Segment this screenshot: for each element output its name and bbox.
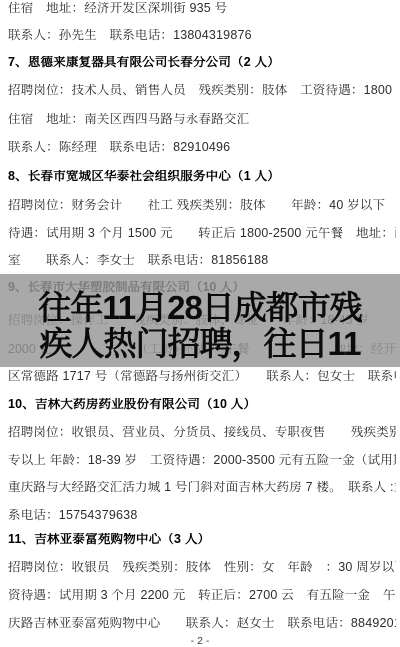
text-line-contact: 室 联系人：李女士 联系电话：81856188 (8, 254, 396, 267)
text-line-address: 住宿 地址：南关区西四马路与永春路交汇 (8, 113, 396, 126)
text-line-contact: 联系人：陈经理 联系电话：82910496 (8, 141, 396, 154)
text-line-job-detail: 招聘岗位：财务会计 社工 残疾类别：肢体 年龄：40 岁以下 学历：大专以上 工… (8, 199, 396, 212)
text-line-job-detail: 招聘岗位：收银员、营业员、分货员、接线员、专职夜售 残疾类别：肢体 学历：中 (8, 426, 396, 439)
page-number: - 2 - (0, 635, 400, 647)
caption-title-line1: 往年11月28日成都市残 (0, 290, 400, 326)
text-line-address: 区常德路 1717 号（常德路与扬州街交汇） 联系人：包女士 联系电话：1594… (8, 370, 396, 383)
text-line-contact: 系电话：15754379638 (8, 509, 396, 522)
company-heading-7: 7、恩德来康复器具有限公司长春分公司（2 人） (8, 56, 396, 69)
text-line-contact: 联系人：孙先生 联系电话：13804319876 (8, 29, 396, 42)
text-line-contact: 庆路吉林亚泰富苑购物中心 联系人：赵女士 联系电话：88492010 (8, 617, 396, 630)
text-line-job-detail: 专以上 年龄：18-39 岁 工资待遇：2000-3500 元有五险一金（试用期… (8, 454, 396, 467)
document-page: 住宿 地址：经济开发区深圳街 935 号 联系人：孙先生 联系电话：138043… (0, 0, 400, 647)
caption-overlay-band: 9、长春市大华塑胶制品有限公司（10 人） 招聘岗位：操作工 残疾类别：肢体、聋… (0, 274, 400, 367)
text-line-address: 重庆路与大经路交汇活力城 1 号门斜对面吉林大药房 7 楼。 联系人 :刘女士、… (8, 481, 396, 494)
caption-title-line2: 疾人热门招聘，往日11 (0, 326, 400, 362)
text-line-job-detail: 资待遇：试用期 3 个月 2200 元 转正后：2700 云 有五险一金 午餐 … (8, 589, 396, 602)
text-line-address: 住宿 地址：经济开发区深圳街 935 号 (8, 2, 396, 15)
company-heading-8: 8、长春市宽城区华泰社会组织服务中心（1 人） (8, 170, 396, 183)
company-heading-11: 11、吉林亚泰富苑购物中心（3 人） (8, 533, 396, 546)
company-heading-10: 10、吉林大药房药业股份有限公司（10 人） (8, 398, 396, 411)
text-line-job-detail: 待遇：试用期 3 个月 1500 元 转正后 1800-2500 元午餐 地址：… (8, 227, 396, 240)
text-line-job-detail: 招聘岗位：技术人员、销售人员 残疾类别：肢体 工资待遇：1800 元 有五险 午… (8, 84, 396, 97)
caption-title: 往年11月28日成都市残 疾人热门招聘，往日11 (0, 290, 400, 362)
text-line-job-detail: 招聘岗位：收银员 残疾类别：肢体 性别：女 年龄 ：30 周岁以下 学历：中专以… (8, 561, 396, 574)
